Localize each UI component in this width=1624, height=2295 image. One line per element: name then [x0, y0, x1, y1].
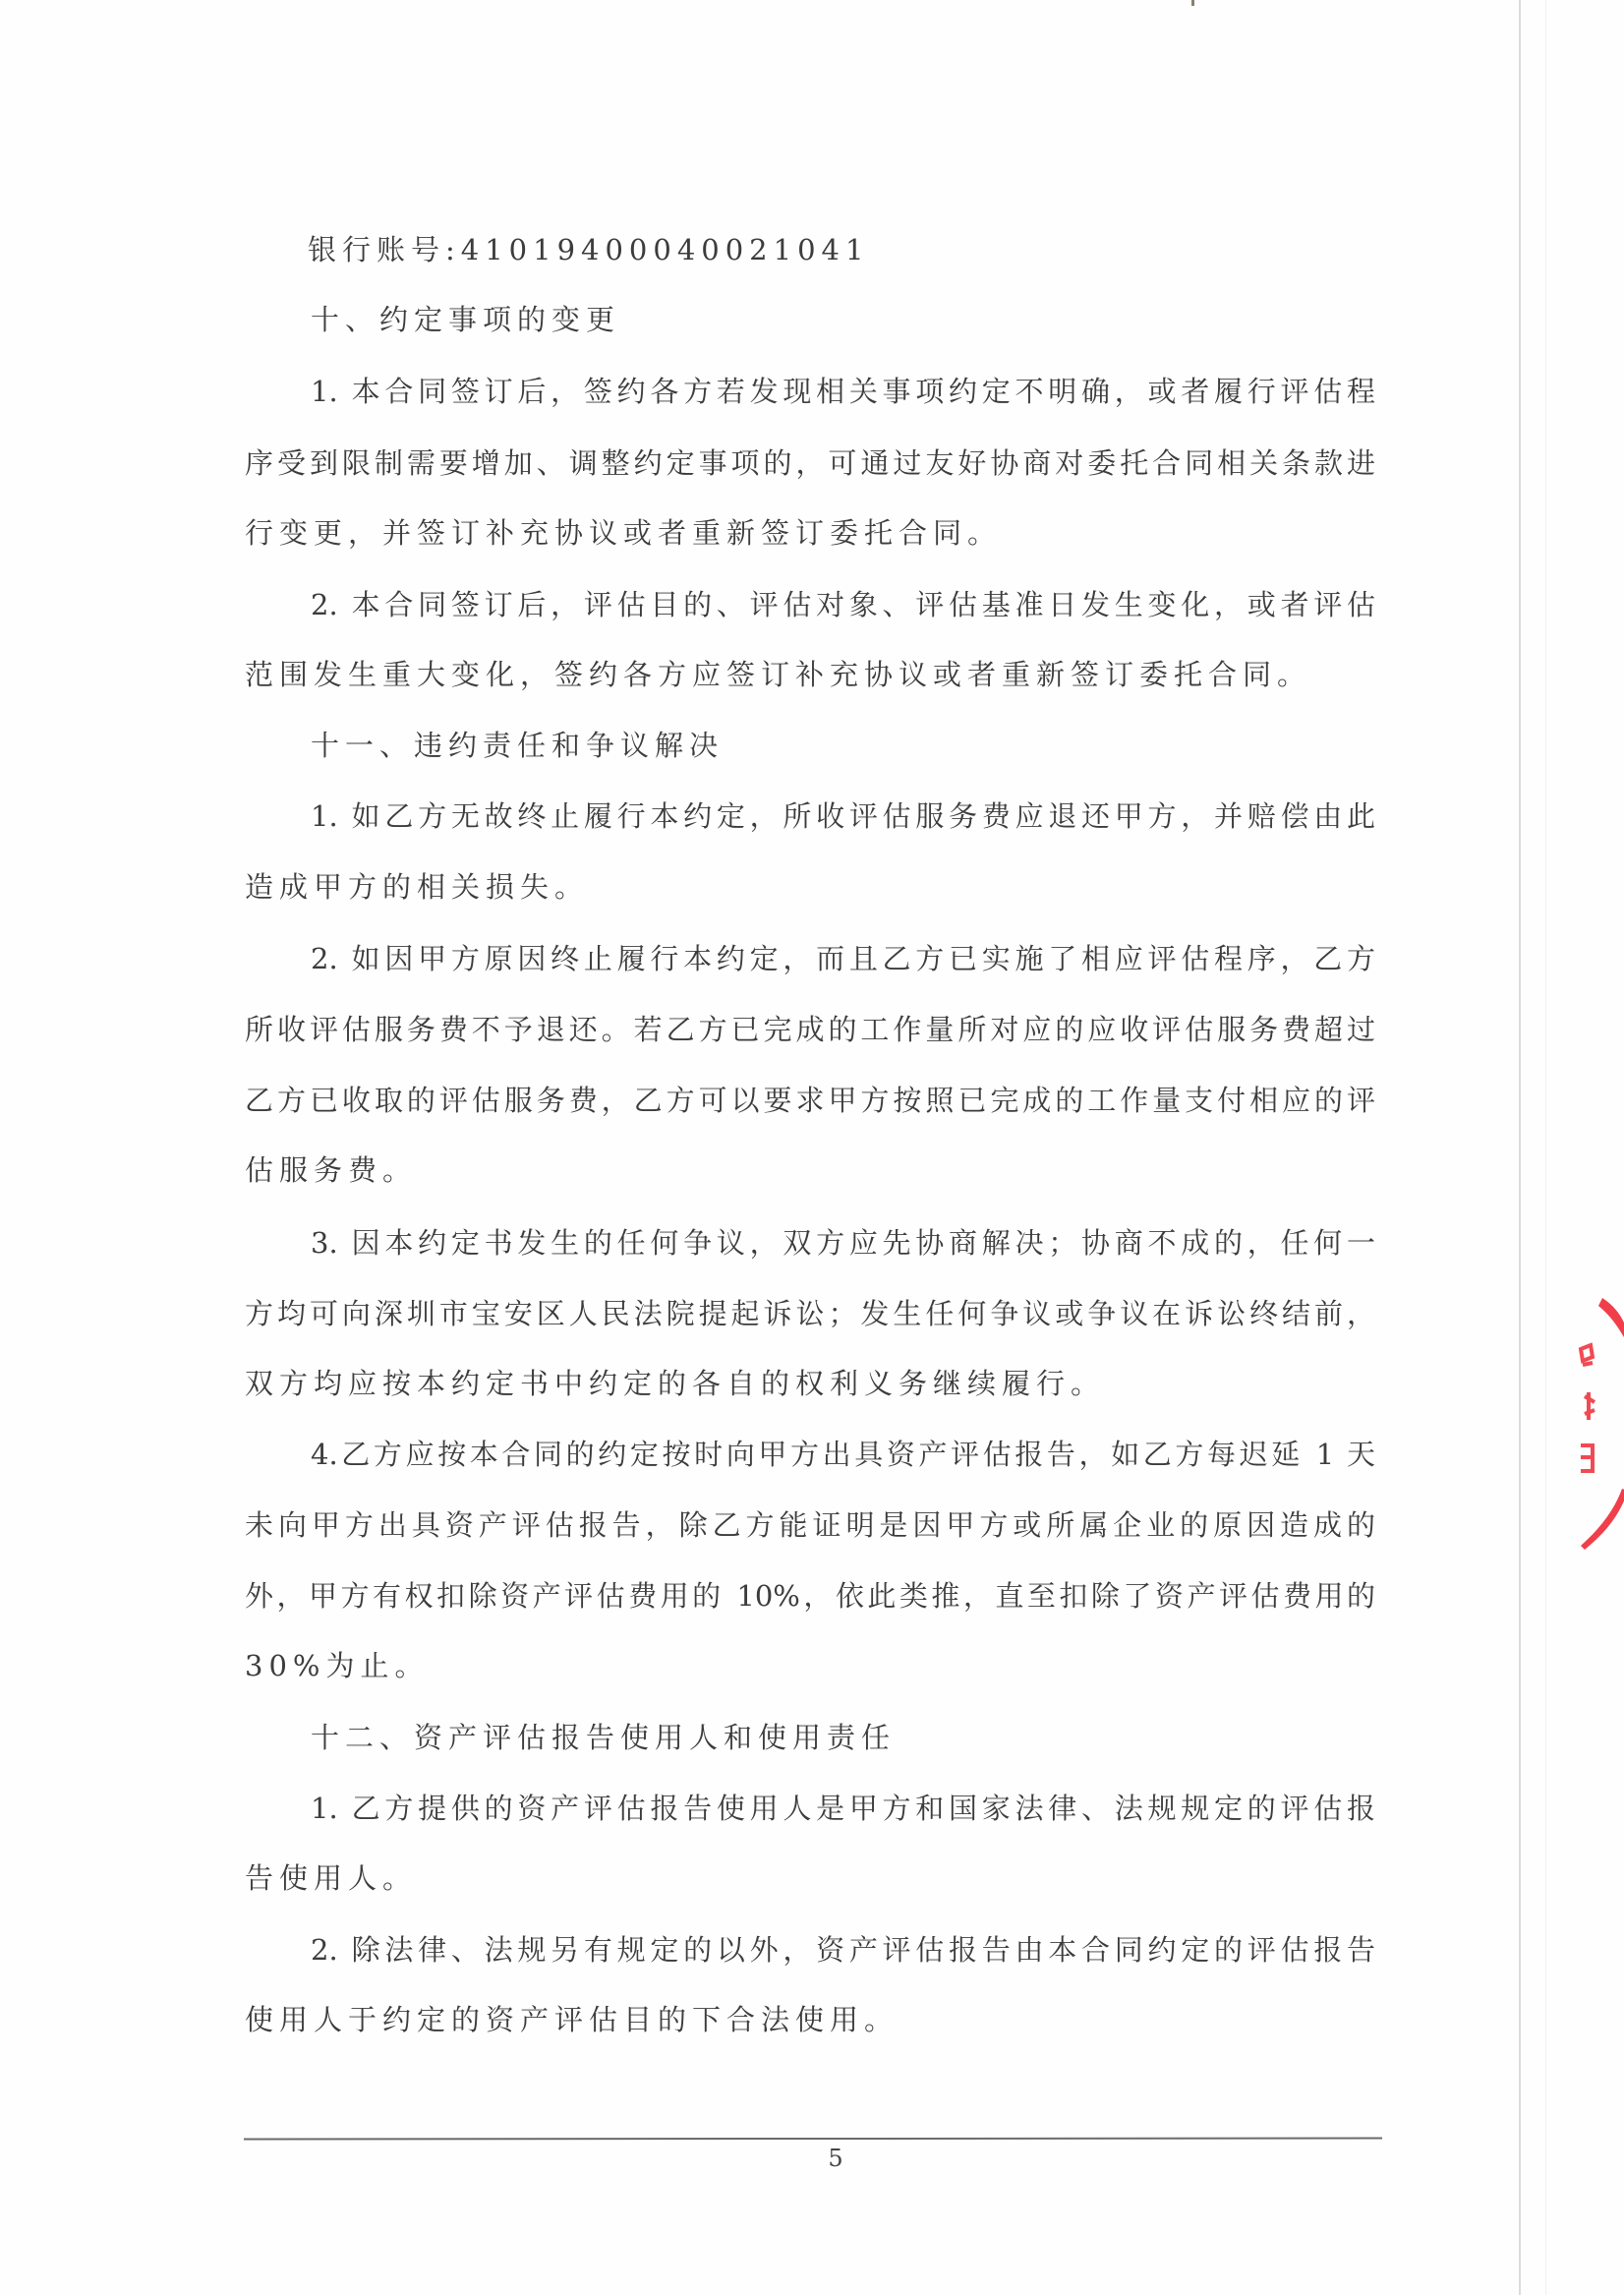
bank-account-line: 银行账号:41019400040021041 [308, 232, 869, 267]
paragraph-line: 2. 如因甲方原因终止履行本约定，而且乙方已实施了相应评估程序，乙方 [311, 941, 1375, 976]
paragraph-line: 2. 除法律、法规另有规定的以外，资产评估报告由本合同约定的评估报告 [311, 1932, 1375, 1968]
paragraph-line: 4.乙方应按本合同的约定按时向甲方出具资产评估报告，如乙方每迟延 1 天 [311, 1437, 1375, 1472]
paragraph-line: 1. 乙方提供的资产评估报告使用人是甲方和国家法律、法规规定的评估报 [311, 1791, 1375, 1826]
paragraph-line: 所收评估服务费不予退还。若乙方已完成的工作量所对应的应收评估服务费超过 [245, 1012, 1375, 1047]
paragraph-line: 外，甲方有权扣除资产评估费用的 10%，依此类推，直至扣除了资产评估费用的 [245, 1578, 1375, 1614]
page-number: 5 [824, 2144, 847, 2173]
document-page: 银行账号:41019400040021041 十、约定事项的变更 1. 本合同签… [0, 0, 1624, 2295]
page-edge-shadow-secondary [1545, 0, 1546, 2295]
paragraph-line: 1. 如乙方无故终止履行本约定，所收评估服务费应退还甲方，并赔偿由此 [311, 798, 1375, 834]
section-heading-12: 十二、资产评估报告使用人和使用责任 [311, 1720, 896, 1755]
scan-mark [1191, 0, 1194, 6]
paragraph-line: 30%为止。 [245, 1648, 429, 1683]
paragraph-line: 告使用人。 [245, 1860, 417, 1896]
paragraph-line: 方均可向深圳市宝安区人民法院提起诉讼；发生任何争议或争议在诉讼终结前， [245, 1296, 1375, 1331]
paragraph-line: 2. 本合同签订后，评估目的、评估对象、评估基准日发生变化，或者评估 [311, 587, 1375, 622]
paragraph-line: 乙方已收取的评估服务费，乙方可以要求甲方按照已完成的工作量支付相应的评 [245, 1083, 1375, 1118]
paragraph-line: 1. 本合同签订后，签约各方若发现相关事项约定不明确，或者履行评估程 [311, 374, 1375, 409]
paragraph-line: 使用人于约定的资产评估目的下合法使用。 [245, 2002, 899, 2037]
paragraph-line: 双方均应按本约定书中约定的各自的权利义务继续履行。 [245, 1366, 1105, 1401]
paragraph-line: 造成甲方的相关损失。 [245, 869, 589, 905]
paragraph-line: 未向甲方出具资产评估报告，除乙方能证明是因甲方或所属企业的原因造成的 [245, 1507, 1375, 1543]
paragraph-line: 范围发生重大变化，签约各方应签订补充协议或者重新签订委托合同。 [245, 657, 1311, 692]
section-heading-10: 十、约定事项的变更 [311, 302, 620, 337]
paragraph-line: 估服务费。 [245, 1152, 417, 1188]
page-edge-shadow [1519, 0, 1521, 2295]
paragraph-line: 行变更，并签订补充协议或者重新签订委托合同。 [245, 515, 1002, 551]
red-seal-stamp-icon [1563, 1298, 1624, 1554]
paragraph-line: 序受到限制需要增加、调整约定事项的，可通过友好协商对委托合同相关条款进 [245, 445, 1375, 481]
footer-rule [244, 2137, 1382, 2140]
paragraph-line: 3. 因本约定书发生的任何争议，双方应先协商解决；协商不成的，任何一 [311, 1225, 1375, 1261]
section-heading-11: 十一、违约责任和争议解决 [311, 728, 724, 763]
